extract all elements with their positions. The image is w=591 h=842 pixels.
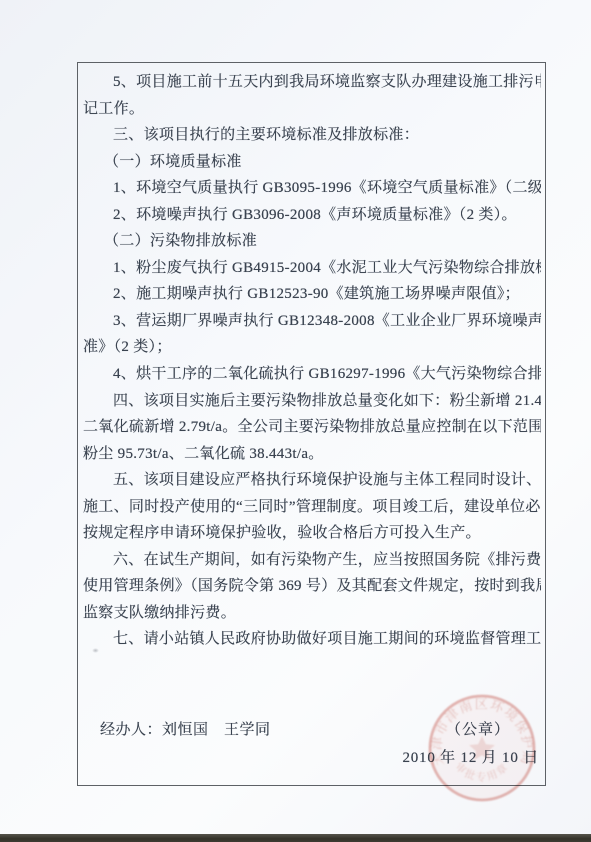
document-line: （二）污染物排放标准 xyxy=(83,228,541,255)
stray-ink-mark xyxy=(92,648,99,653)
document-line: 粉尘 95.73t/a、二氧化硫 38.443t/a。 xyxy=(83,441,541,468)
document-line: 1、环境空气质量执行 GB3095-1996《环境空气质量标准》（二级）； xyxy=(83,175,541,202)
document-line: （一）环境质量标准 xyxy=(83,149,541,176)
document-line: 准》（2 类）； xyxy=(83,334,541,361)
document-line: 2、环境噪声执行 GB3096-2008《声环境质量标准》（2 类）。 xyxy=(83,202,541,229)
document-body-lines: 5、项目施工前十五天内到我局环境监察支队办理建设施工排污申报登记工作。三、该项目… xyxy=(83,69,541,653)
document-line: 施工、同时投产使用的“三同时”管理制度。项目竣工后，建设单位必须 xyxy=(83,494,541,521)
document-line: 四、该项目实施后主要污染物排放总量变化如下：粉尘新增 21.468t/a、 xyxy=(83,388,541,415)
seal-placeholder-label: （公章） xyxy=(446,718,510,739)
document-line: 七、请小站镇人民政府协助做好项目施工期间的环境监督管理工作。 xyxy=(83,626,541,653)
scanner-edge-band xyxy=(0,834,591,842)
document-line: 三、该项目执行的主要环境标准及排放标准： xyxy=(83,122,541,149)
scanned-document-page: 5、项目施工前十五天内到我局环境监察支队办理建设施工排污申报登记工作。三、该项目… xyxy=(0,0,591,842)
document-date: 2010 年 12 月 10 日 xyxy=(402,746,539,767)
document-line: 二氧化硫新增 2.79t/a。全公司主要污染物排放总量应控制在以下范围内： xyxy=(83,414,541,441)
document-line: 2、施工期噪声执行 GB12523-90《建筑施工场界噪声限值》； xyxy=(83,281,541,308)
document-line: 记工作。 xyxy=(83,96,541,123)
document-line: 六、在试生产期间，如有污染物产生，应当按照国务院《排污费征收 xyxy=(83,547,541,574)
handlers-names: 经办人：刘恒国 王学同 xyxy=(100,718,271,739)
document-line: 5、项目施工前十五天内到我局环境监察支队办理建设施工排污申报登 xyxy=(83,69,541,96)
document-line: 五、该项目建设应严格执行环境保护设施与主体工程同时设计、同时 xyxy=(83,467,541,494)
document-line: 监察支队缴纳排污费。 xyxy=(83,600,541,627)
document-line: 4、烘干工序的二氧化硫执行 GB16297-1996《大气污染物综合排放标准》 xyxy=(83,361,541,388)
document-line: 3、营运期厂界噪声执行 GB12348-2008《工业企业厂界环境噪声排放标 xyxy=(83,308,541,335)
document-line: 1、粉尘废气执行 GB4915-2004《水泥工业大气污染物综合排放标准》； xyxy=(83,255,541,282)
document-line: 使用管理条例》（国务院令第 369 号）及其配套文件规定，按时到我局环境 xyxy=(83,573,541,600)
document-border-box: 5、项目施工前十五天内到我局环境监察支队办理建设施工排污申报登记工作。三、该项目… xyxy=(77,62,546,786)
signature-row: 经办人：刘恒国 王学同 （公章） xyxy=(78,718,545,738)
document-line: 按规定程序申请环境保护验收，验收合格后方可投入生产。 xyxy=(83,520,541,547)
